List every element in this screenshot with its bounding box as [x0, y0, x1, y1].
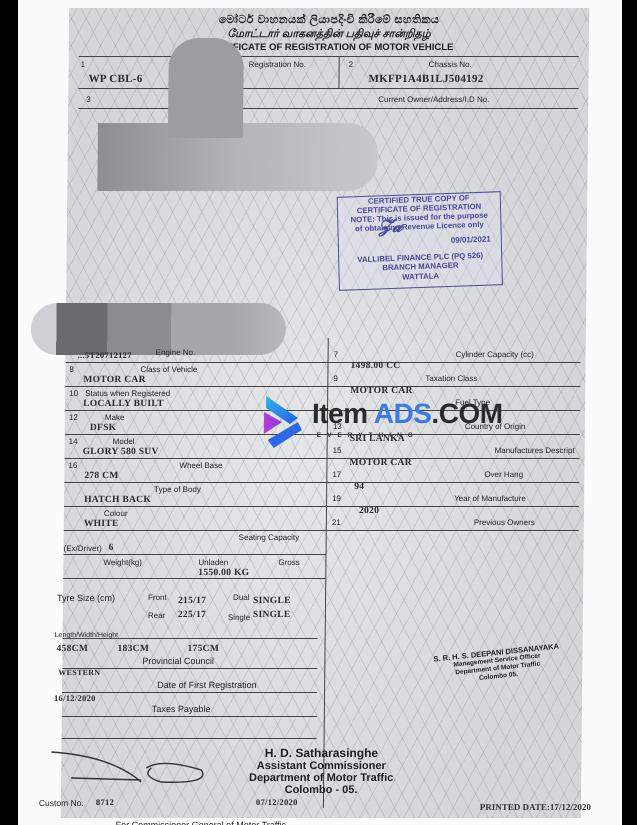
- status-label: Status when Registered: [85, 389, 170, 398]
- manufactures-description-value: MOTOR CAR: [349, 458, 412, 468]
- type-of-body-label: Type of Body: [154, 485, 201, 494]
- tyre-size-label: Tyre Size (cm): [57, 593, 115, 603]
- tyre-dual-label: Dual: [233, 593, 250, 602]
- dimensions-label: Length/Width/Height: [55, 632, 119, 639]
- commissioner-dept: Department of Motor Traffic: [231, 772, 411, 784]
- model-label: Model: [113, 437, 135, 446]
- gross-label: Gross: [278, 558, 299, 567]
- field-num: 3: [86, 95, 91, 104]
- year-of-manufacture-label: Year of Manufacture: [454, 494, 526, 503]
- tyre-single-label: Single: [228, 613, 250, 622]
- commissioner-city: Colombo - 05.: [231, 784, 411, 796]
- colour-label: Colour: [104, 509, 128, 518]
- colour-value: WHITE: [84, 519, 119, 529]
- field-num: 21: [332, 518, 341, 527]
- first-registration-value: 16/12/2020: [54, 693, 96, 703]
- field-num: 8: [69, 365, 74, 374]
- taxation-class-label: Taxation Class: [425, 374, 477, 383]
- officer-stamp: S. R. H. S. DEEPANI DISSANAYAKA Manageme…: [426, 641, 568, 688]
- title-sinhala: මෝටර් වාහනයක් ලියාපදිංචි කිරීමේ සහතිකය: [69, 14, 589, 27]
- signature-date: 07/12/2020: [256, 797, 298, 807]
- wheel-base-label: Wheel Base: [179, 461, 222, 470]
- redacted-reg-no: [168, 38, 244, 138]
- previous-owners-label: Previous Owners: [474, 518, 535, 527]
- wheel-base-value: 278 CM: [84, 471, 118, 481]
- commissioner-name: H. D. Satharasinghe: [231, 746, 411, 760]
- custom-no-value: 8712: [96, 797, 114, 807]
- handwritten-signature: [51, 748, 251, 788]
- watermark-text: Item ADS.COM: [312, 398, 503, 430]
- watermark-tagline: EVERYTHING: [317, 432, 419, 439]
- commissioner-title: Assistant Commissioner: [231, 760, 411, 772]
- field-num: 7: [334, 350, 339, 359]
- registration-no-label: Registration No.: [249, 60, 306, 69]
- provincial-council-value: WESTERN: [58, 668, 100, 677]
- itemads-logo-icon: [260, 390, 306, 450]
- first-registration-label: Date of First Registration: [157, 680, 257, 690]
- make-label: Make: [105, 413, 125, 422]
- engine-no-label: Engine No.: [156, 348, 196, 357]
- registration-certificate: මෝටර් වාහනයක් ලියාපදිංචි කිරීමේ සහතිකය ம…: [61, 8, 589, 818]
- provincial-council-label: Provincial Council: [142, 656, 214, 666]
- commissioner-signature-block: H. D. Satharasinghe Assistant Commission…: [231, 746, 412, 796]
- class-of-vehicle-label: Class of Vehicle: [140, 365, 197, 374]
- tyre-single-value: SINGLE: [253, 610, 291, 620]
- seating-sub-label: (Ex/Driver): [64, 544, 102, 553]
- tyre-front-label: Front: [148, 593, 167, 602]
- seating-capacity-label: Seating Capacity: [239, 533, 300, 542]
- field-num: 10: [69, 389, 78, 398]
- over-hang-label: Over Hang: [484, 470, 523, 479]
- chassis-no-label: Chassis No.: [429, 60, 472, 69]
- field-num: 9: [333, 374, 338, 383]
- unladen-label: Unladen: [198, 558, 228, 567]
- height-value: 175CM: [187, 644, 219, 654]
- field-num: 2: [349, 60, 354, 69]
- registration-no-value: WP CBL-6: [88, 73, 142, 85]
- status-value: LOCALLY BUILT: [83, 399, 164, 409]
- unladen-weight-value: 1550.00 KG: [198, 568, 249, 578]
- title-english: CERTIFICATE OF REGISTRATION OF MOTOR VEH…: [69, 42, 589, 53]
- field-num: 14: [69, 437, 78, 446]
- taxes-payable-label: Taxes Payable: [152, 704, 211, 714]
- stamp-date: 09/01/2021: [451, 235, 491, 245]
- tyre-rear-label: Rear: [148, 611, 165, 620]
- field-num: 1: [81, 60, 86, 69]
- commissioner-footer: For Commissioner General of Motor Traffi…: [116, 820, 286, 825]
- field-num: 16: [68, 461, 77, 470]
- cylinder-capacity-label: Cylinder Capacity (cc): [456, 350, 534, 359]
- year-of-manufacture-value: 2020: [359, 506, 379, 516]
- certified-copy-stamp: CERTIFIED TRUE COPY OF CERTIFICATE OF RE…: [337, 191, 503, 291]
- width-value: 183CM: [117, 644, 149, 654]
- cylinder-capacity-value: 1498.00 CC: [350, 361, 400, 371]
- printed-date: PRINTED DATE:17/12/2020: [480, 802, 591, 812]
- title-tamil: மோட்டார் வாகனத்தின் பதிவுச் சான்றிதழ்: [69, 28, 589, 42]
- length-value: 458CM: [56, 644, 88, 654]
- field-num: 12: [69, 413, 78, 422]
- seating-capacity-value: 6: [109, 543, 114, 553]
- type-of-body-value: HATCH BACK: [84, 495, 151, 505]
- tyre-dual-value: SINGLE: [253, 596, 291, 606]
- itemads-watermark: Item ADS.COM EVERYTHING: [260, 390, 511, 450]
- tyre-rear-value: 225/17: [178, 610, 206, 620]
- custom-no-label: Custom No.: [39, 798, 84, 808]
- field-num: 17: [332, 470, 341, 479]
- over-hang-value: 94: [354, 482, 364, 492]
- make-value: DFSK: [90, 423, 117, 433]
- engine-no-value: ...5T20712127: [78, 350, 132, 360]
- stamp-signature: 𝒵𝒶: [378, 222, 402, 232]
- field-num: 19: [332, 494, 341, 503]
- current-owner-label: Current Owner/Address/I.D No.: [378, 95, 489, 104]
- tyre-front-value: 215/17: [178, 596, 206, 606]
- model-value: GLORY 580 SUV: [83, 447, 159, 457]
- weight-label: Weight(kg): [103, 558, 142, 567]
- class-of-vehicle-value: MOTOR CAR: [83, 375, 146, 385]
- chassis-no-value: MKFP1A4B1LJ504192: [368, 73, 483, 85]
